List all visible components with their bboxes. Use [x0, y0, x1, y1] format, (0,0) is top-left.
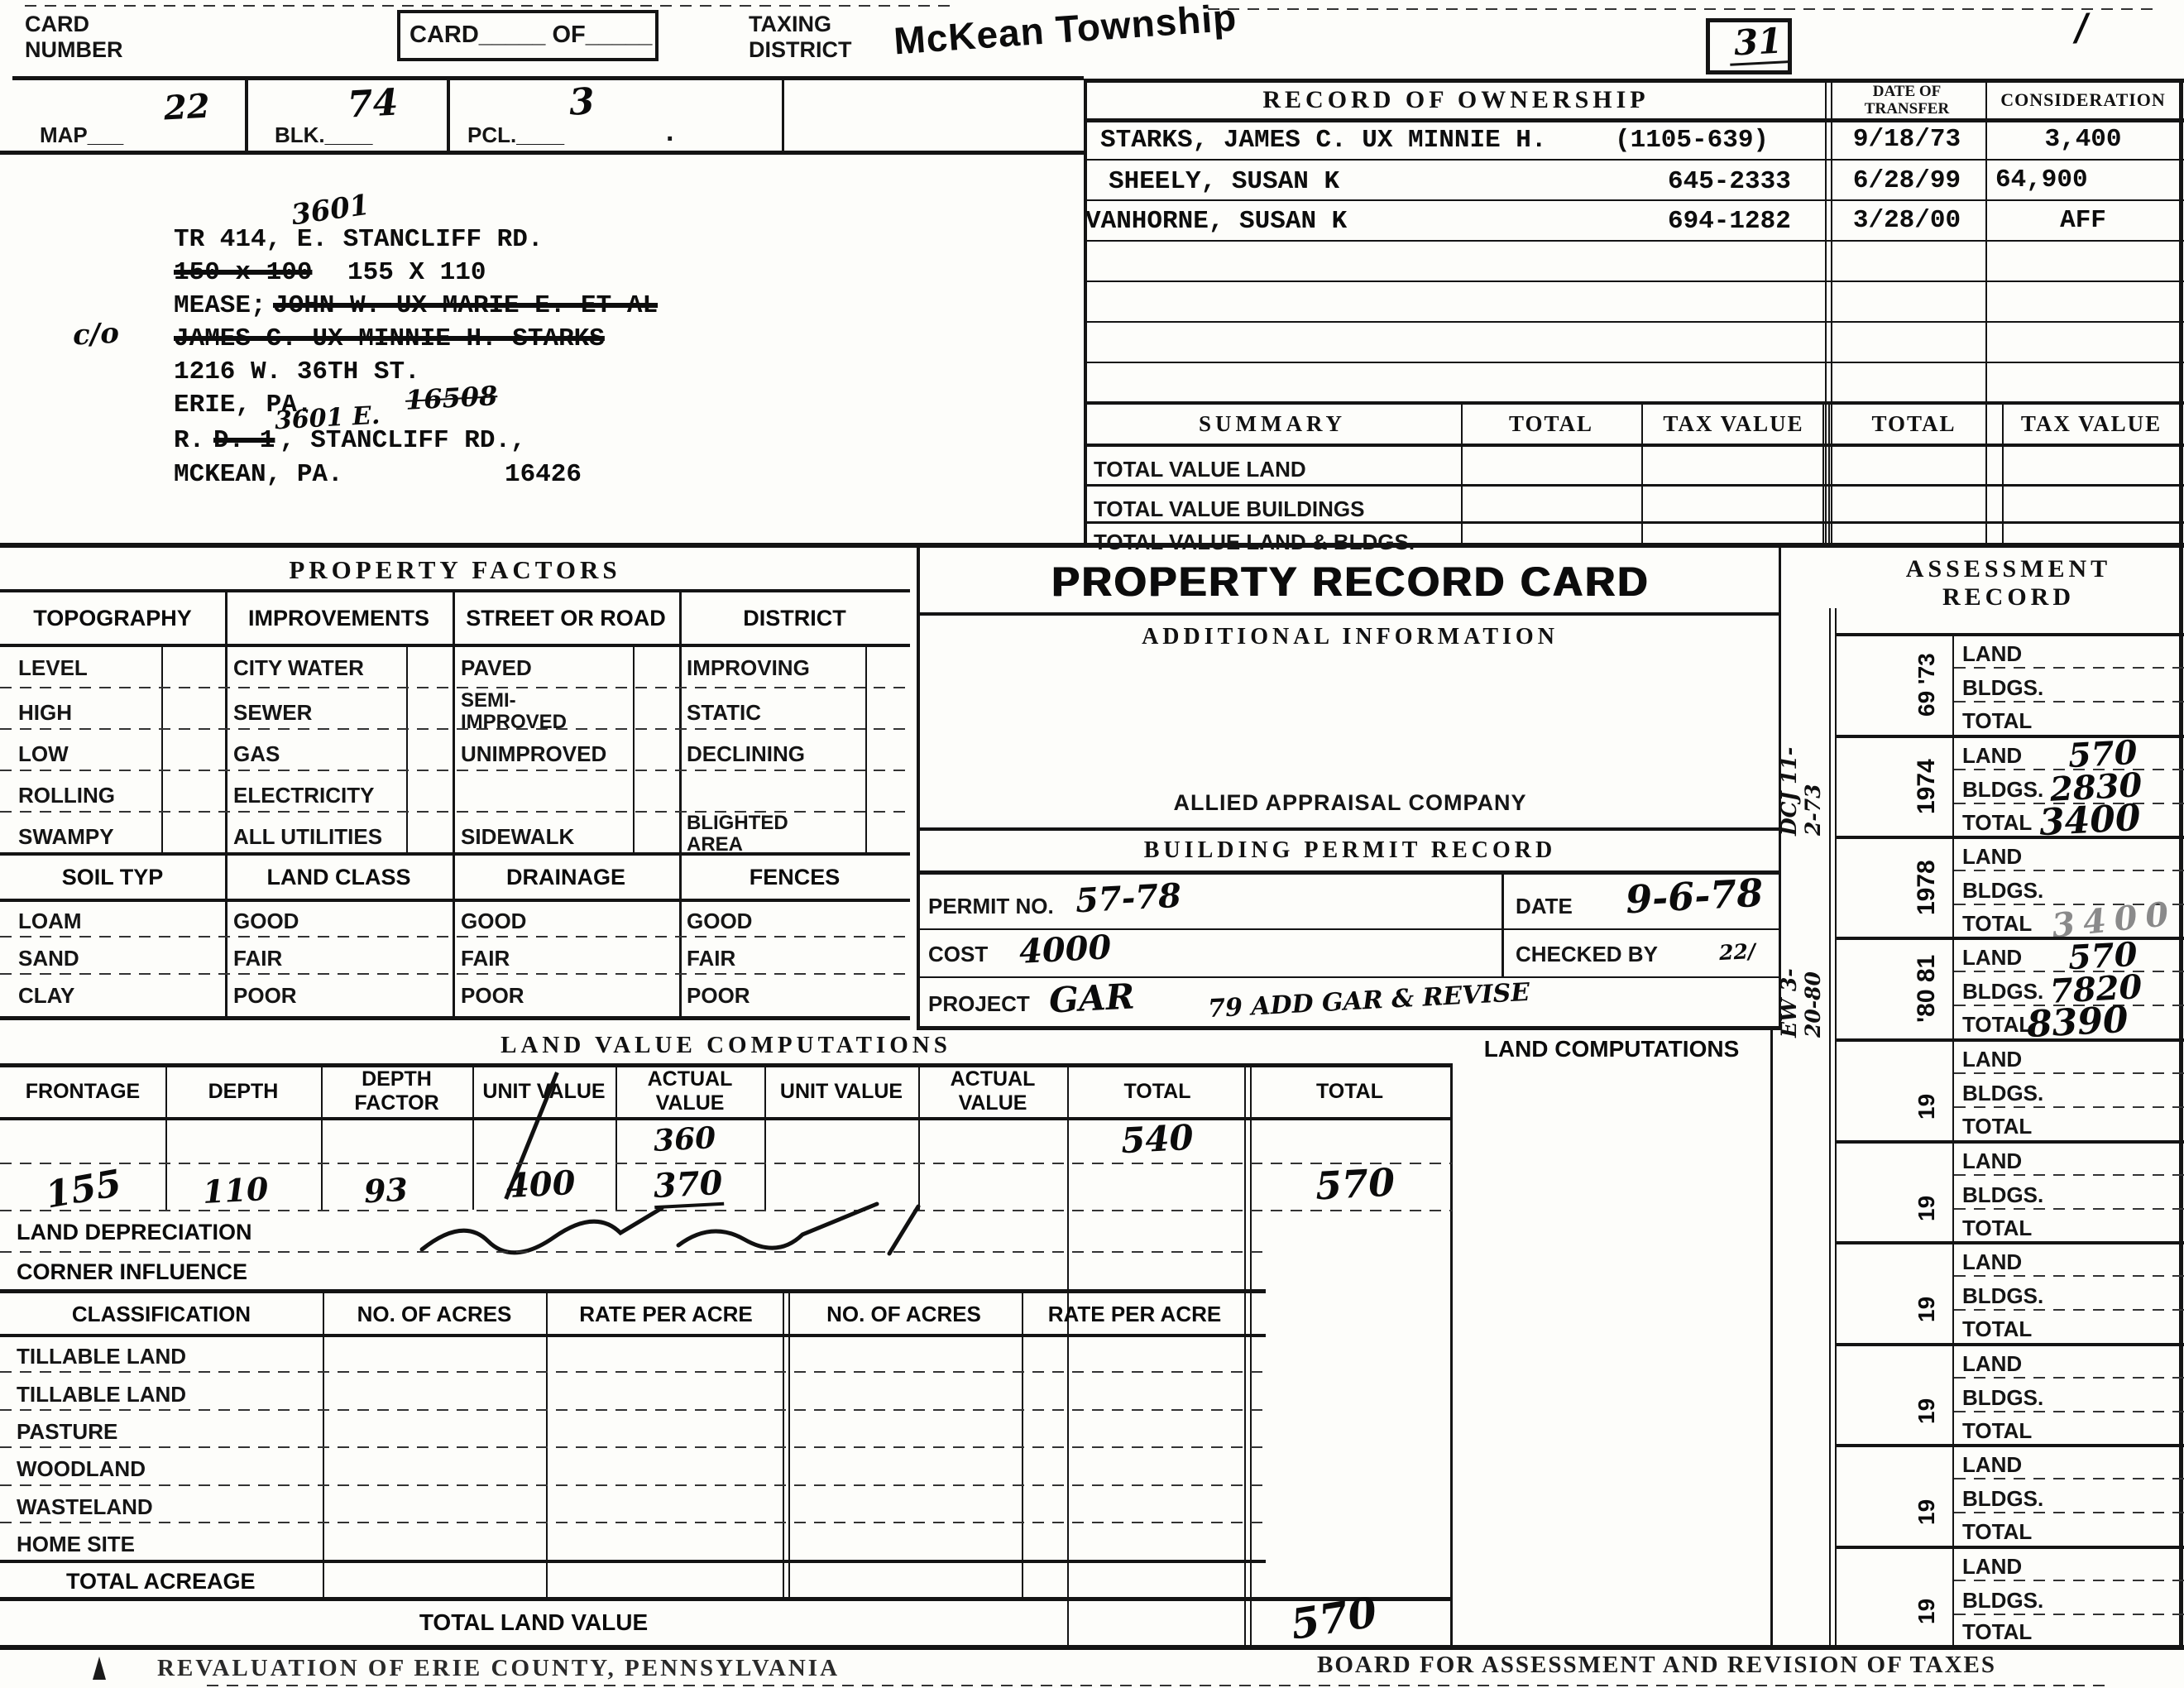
divider [679, 589, 682, 1018]
divider [0, 1016, 910, 1020]
divider [0, 852, 910, 856]
divider [1837, 633, 2184, 636]
divider [0, 151, 1084, 155]
land-computations-header: LAND COMPUTATIONS [1454, 1033, 1769, 1066]
factor-cell: HIGH [18, 700, 72, 726]
assessment-row-label: TOTAL [1962, 911, 2032, 937]
assessment-row-label: TOTAL [1962, 1316, 2032, 1342]
lvc-row1-total: 540 [1120, 1117, 1195, 1162]
divider [917, 976, 1781, 978]
divider [1084, 159, 2184, 161]
divider [918, 1063, 920, 1210]
section-divider [0, 543, 2184, 548]
map-value: 22 [163, 87, 211, 128]
soil-col-header: DRAINAGE [453, 857, 679, 897]
assessment-row-label: TOTAL [1962, 1619, 2032, 1645]
assessment-row-label: BLDGS. [1962, 1283, 2043, 1309]
summary-row-label: TOTAL VALUE BUILDINGS [1094, 496, 1364, 522]
divider [1084, 444, 2184, 447]
permit-cost-value: 4000 [1018, 928, 1113, 971]
divider [1837, 1444, 2184, 1447]
scan-artifact-line [207, 1685, 2110, 1686]
ownership-col-date: DATE OF TRANSFER [1830, 83, 1984, 117]
assessment-year: 19 [1903, 1380, 1951, 1441]
care-of-annotation: c/o [72, 317, 120, 352]
assessment-year: 1978 [1903, 840, 1951, 936]
factor-cell: ALL UTILITIES [233, 824, 382, 850]
divider [225, 589, 227, 1018]
rd-struck: D. 1 [213, 426, 275, 455]
scan-artifact-line [25, 5, 951, 7]
total-land-value-label: TOTAL LAND VALUE [0, 1604, 1067, 1642]
owner-row-bookpage: 694-1282 [1668, 207, 1791, 236]
divider [0, 1289, 1266, 1293]
assessment-row-label: BLDGS. [1962, 979, 2043, 1005]
summary-header: TAX VALUE [2002, 407, 2181, 440]
factor-cell: DECLINING [687, 741, 805, 767]
factors-col-header: DISTRICT [679, 594, 910, 642]
assessment-row-label: BLDGS. [1962, 1081, 2043, 1106]
rd-prefix: R. [174, 426, 204, 455]
soil-col-header: LAND CLASS [225, 857, 453, 897]
soil-cell: CLAY [18, 983, 74, 1009]
lvc-header: DEPTH [165, 1069, 321, 1114]
assessment-note: DCJ 11-2-73 [1777, 738, 1825, 836]
classification-row-label: TILLABLE LAND [17, 1344, 186, 1369]
classification-header: NO. OF ACRES [786, 1296, 1022, 1332]
divider [0, 644, 910, 647]
divider [1084, 401, 2184, 405]
summary-header: SUMMARY [1084, 407, 1461, 440]
divider [1837, 1343, 2184, 1346]
land-value-computations-title: LAND VALUE COMPUTATIONS [0, 1029, 1452, 1062]
soil-cell: FAIR [233, 946, 282, 971]
divider [1954, 701, 2184, 703]
divider [1954, 1275, 2184, 1277]
building-permit-title: BUILDING PERMIT RECORD [920, 834, 1780, 867]
divider [764, 1063, 766, 1210]
soil-col-header: SOIL TYP [0, 857, 225, 897]
district-number-value: 31 [1728, 20, 1789, 66]
pcl-dot: . [666, 116, 673, 148]
lvc-row1-actual-value: 360 [653, 1120, 716, 1158]
stray-pen-mark: / [2074, 7, 2090, 50]
factor-cell: ROLLING [18, 783, 115, 808]
soil-cell: POOR [461, 983, 524, 1009]
divider [1954, 1377, 2184, 1379]
divider [472, 1063, 474, 1210]
factor-cell: SEMI- IMPROVED [461, 690, 567, 733]
assessment-row-label: BLDGS. [1962, 1588, 2043, 1614]
owner-row-date: 6/28/99 [1830, 165, 1984, 195]
divider [917, 928, 1781, 930]
project-value: GAR [1048, 976, 1136, 1020]
divider [1084, 362, 2184, 363]
rd-suffix: , STANCLIFF RD., [280, 426, 526, 455]
divider [0, 1409, 1266, 1411]
card-of-label: CARD_____ OF_____ [409, 22, 652, 49]
owner-name: MEASE; [174, 291, 266, 320]
appraisal-company-label: ALLIED APPRAISAL COMPANY [920, 788, 1780, 818]
factor-cell: GAS [233, 741, 280, 767]
checked-by-note: 22/ [1718, 939, 1755, 965]
blk-label: BLK.____ [275, 122, 373, 148]
divider [1837, 1038, 2184, 1042]
soil-cell: GOOD [461, 909, 526, 934]
divider [1954, 1512, 2184, 1513]
footer-right-text: BOARD FOR ASSESSMENT AND REVISION OF TAX… [1317, 1652, 1996, 1679]
divider [0, 1597, 1452, 1601]
divider [0, 973, 910, 975]
additional-information-label: ADDITIONAL INFORMATION [920, 621, 1780, 654]
soil-cell: FAIR [687, 946, 735, 971]
divider [321, 1063, 323, 1210]
divider [1084, 199, 2184, 201]
factor-cell: IMPROVING [687, 655, 810, 681]
factor-cell: CITY WATER [233, 655, 364, 681]
soil-cell: GOOD [233, 909, 299, 934]
lvc-row2-total: 570 [1315, 1160, 1396, 1209]
lvc-header: TOTAL [1248, 1069, 1452, 1114]
divider [917, 612, 1781, 616]
divider [245, 76, 248, 155]
divider [1954, 1106, 2184, 1108]
divider [917, 870, 1781, 875]
assessment-row-label: LAND [1962, 641, 2022, 667]
assessment-row-label: LAND [1962, 1149, 2022, 1174]
blk-value: 74 [347, 81, 400, 126]
divider [1954, 1208, 2184, 1210]
ownership-title: RECORD OF OWNERSHIP [1092, 83, 1820, 117]
taxing-district-label: TAXING DISTRICT [749, 12, 852, 63]
divider [0, 1163, 1452, 1164]
assessment-year: 19 [1903, 1076, 1951, 1137]
classification-header: RATE PER ACRE [546, 1296, 786, 1332]
divider [0, 728, 910, 730]
sheet-bottom-border [0, 1645, 2184, 1650]
soil-cell: FAIR [461, 946, 510, 971]
divider [453, 589, 455, 1018]
summary-row-label: TOTAL VALUE LAND [1094, 457, 1306, 482]
classification-row-label: PASTURE [17, 1419, 117, 1445]
divider [0, 770, 910, 771]
soil-cell: GOOD [687, 909, 752, 934]
divider [0, 1484, 1266, 1486]
divider [865, 647, 867, 852]
divider [1954, 667, 2184, 669]
divider [0, 936, 910, 938]
divider [1770, 1030, 1773, 1647]
factor-cell: BLIGHTED AREA [687, 813, 788, 856]
classification-header: CLASSIFICATION [0, 1296, 323, 1332]
assessment-row-label: BLDGS. [1962, 1486, 2043, 1512]
divider [1084, 240, 2184, 242]
factor-cell: STATIC [687, 700, 761, 726]
classification-row-label: WOODLAND [17, 1456, 146, 1482]
divider [782, 76, 784, 155]
factor-cell: SIDEWALK [461, 824, 574, 850]
divider [1501, 870, 1504, 976]
assessment-row-label: LAND [1962, 1047, 2022, 1072]
divider [406, 647, 408, 852]
divider [1954, 870, 2184, 871]
permit-date-value: 9-6-78 [1625, 870, 1765, 923]
assessment-year: 19 [1903, 1481, 1951, 1542]
divider [1022, 1289, 1023, 1597]
owner-row-consideration: 64,900 [1995, 165, 2088, 194]
lvc-row2-depth-factor: 93 [363, 1171, 409, 1211]
property-record-card-sheet: CARD NUMBER CARD_____ OF_____ TAXING DIS… [0, 0, 2184, 1688]
divider [783, 1289, 784, 1597]
lvc-header: TOTAL [1067, 1069, 1248, 1114]
divider [1084, 118, 2184, 122]
summary-header: TOTAL [1826, 407, 2002, 440]
assessment-year: 1974 [1903, 739, 1951, 835]
taxing-district-stamp: McKean Township [893, 0, 1238, 63]
divider [161, 647, 163, 852]
divider [1954, 1580, 2184, 1581]
scan-smudge-mark [93, 1657, 106, 1680]
divider [0, 1446, 1266, 1448]
divider [615, 1063, 617, 1210]
assessment-row-label: LAND [1962, 1452, 2022, 1478]
soil-cell: LOAM [18, 909, 82, 934]
card-number-label: CARD NUMBER [25, 12, 123, 63]
ownership-col-consideration: CONSIDERATION [1987, 83, 2179, 117]
assessment-row-label: TOTAL [1962, 1114, 2032, 1139]
lvc-header: DEPTH FACTOR [321, 1069, 472, 1114]
assessment-row-label: LAND [1962, 1554, 2022, 1580]
assessment-row-label: TOTAL [1962, 810, 2032, 836]
classification-row-label: TILLABLE LAND [17, 1382, 186, 1407]
zip-annotation: 16508 [405, 380, 498, 416]
classification-header: NO. OF ACRES [323, 1296, 546, 1332]
owner-struck: JOHN W. UX MARIE E. ET AL [273, 291, 658, 320]
assessment-note: EW 3-20-80 [1777, 940, 1825, 1038]
checked-by-label: CHECKED BY [1516, 942, 1658, 967]
soil-col-header: FENCES [679, 857, 910, 897]
divider [165, 1063, 167, 1210]
property-factors-title: PROPERTY FACTORS [0, 553, 910, 587]
owner-row-date: 3/28/00 [1830, 205, 1984, 235]
divider [1084, 321, 2184, 323]
scan-artifact-line [1208, 8, 2159, 10]
divider [0, 899, 910, 902]
mailing-street: 1216 W. 36TH ST. [174, 357, 420, 386]
divider [447, 76, 450, 155]
divider [323, 1289, 324, 1597]
classification-header: RATE PER ACRE [1022, 1296, 1248, 1332]
divider [1837, 1546, 2184, 1549]
land-depreciation-label: LAND DEPRECIATION [17, 1220, 252, 1245]
divider [12, 76, 1084, 80]
assessment-row-label: BLDGS. [1962, 878, 2043, 904]
owner-row-consideration: 3,400 [1987, 124, 2179, 154]
divider [917, 827, 1781, 831]
soil-cell: POOR [233, 983, 297, 1009]
map-label: MAP___ [40, 122, 123, 148]
assessment-row-label: TOTAL [1962, 708, 2032, 734]
divider [1084, 521, 2184, 524]
divider [788, 1289, 790, 1597]
divider [1954, 1614, 2184, 1615]
divider [1837, 1241, 2184, 1244]
assessment-row-label: TOTAL [1962, 1418, 2032, 1444]
classification-row-label: HOME SITE [17, 1532, 135, 1557]
assessment-row-label: LAND [1962, 945, 2022, 971]
soil-cell: POOR [687, 983, 750, 1009]
assessment-row-label: TOTAL [1962, 1012, 2032, 1038]
factor-cell: UNIMPROVED [461, 741, 606, 767]
property-location-line: TR 414, E. STANCLIFF RD. [174, 225, 543, 254]
summary-header: TAX VALUE [1641, 407, 1826, 440]
factor-cell: SWAMPY [18, 824, 114, 850]
pcl-label: PCL.____ [467, 122, 564, 148]
owner-row-consideration: AFF [1987, 205, 2179, 235]
factor-cell: LEVEL [18, 655, 88, 681]
assessment-row-label: TOTAL [1962, 1519, 2032, 1545]
factor-cell: SEWER [233, 700, 312, 726]
divider [1084, 281, 2184, 282]
summary-header: TOTAL [1461, 407, 1641, 440]
zip-2: 16426 [505, 460, 582, 489]
divider [0, 1560, 1266, 1563]
assessment-row-label: BLDGS. [1962, 1182, 2043, 1208]
assessment-row-label: BLDGS. [1962, 675, 2043, 701]
divider [0, 1251, 1266, 1253]
divider [1954, 1072, 2184, 1074]
divider [0, 589, 910, 592]
factor-cell: LOW [18, 741, 69, 767]
divider [1829, 608, 1831, 1647]
factors-col-header: STREET OR ROAD [453, 594, 679, 642]
assessment-year: 69 '73 [1903, 637, 1951, 733]
factor-cell: ELECTRICITY [233, 783, 374, 808]
permit-no-label: PERMIT NO. [928, 894, 1054, 919]
divider [0, 1371, 1266, 1373]
classification-row-label: WASTELAND [17, 1494, 153, 1520]
lvc-row2-frontage: 155 [42, 1162, 124, 1216]
divider [1084, 79, 1087, 544]
assessment-row-label: BLDGS. [1962, 1385, 2043, 1411]
owner-row-bookpage: 645-2333 [1668, 167, 1791, 196]
lvc-header: ACTUAL VALUE [615, 1069, 764, 1114]
owner-row-date: 9/18/73 [1830, 124, 1984, 154]
project-note: 79 ADD GAR & REVISE [1207, 978, 1530, 1024]
assessment-row-label: LAND [1962, 844, 2022, 870]
soil-cell: SAND [18, 946, 79, 971]
divider [546, 1289, 548, 1597]
owner-row-bookpage: (1105-639) [1615, 126, 1769, 155]
permit-no-value: 57-78 [1075, 876, 1182, 921]
divider [1837, 1140, 2184, 1144]
permit-date-label: DATE [1516, 894, 1573, 919]
divider [1954, 1411, 2184, 1412]
lvc-header: ACTUAL VALUE [918, 1069, 1067, 1114]
divider [1450, 1063, 1453, 1647]
factor-cell: PAVED [461, 655, 532, 681]
divider [1084, 484, 2184, 487]
old-dimensions-struck: 150 x 100 [174, 258, 312, 287]
pcl-value: 3 [568, 80, 596, 124]
assessment-row-label: TOTAL [1962, 1216, 2032, 1241]
divider [1954, 1478, 2184, 1479]
lvc-header: FRONTAGE [0, 1069, 165, 1114]
footer-left-text: REVALUATION OF ERIE COUNTY, PENNSYLVANIA [157, 1655, 840, 1682]
assessment-year: 19 [1903, 1177, 1951, 1239]
corner-influence-label: CORNER INFLUENCE [17, 1259, 247, 1285]
assessment-year: 19 [1903, 1278, 1951, 1340]
lvc-row2-depth: 110 [202, 1170, 270, 1211]
owner-row-name: STARKS, JAMES C. UX MINNIE H. [1100, 126, 1547, 155]
pen-scribble-mark [414, 1200, 943, 1258]
divider [633, 647, 635, 852]
divider [1825, 79, 1827, 544]
assessment-year: 19 [1903, 1580, 1951, 1642]
divider [0, 1522, 1266, 1523]
lvc-header: UNIT VALUE [764, 1069, 918, 1114]
divider [1837, 836, 2184, 839]
new-dimensions: 155 X 110 [347, 258, 486, 287]
assessment-row-label: LAND [1962, 1249, 2022, 1275]
divider [1954, 1174, 2184, 1176]
assessment-row-label: LAND [1962, 743, 2022, 769]
assessment-row-label: BLDGS. [1962, 777, 2043, 803]
assessment-record-title: ASSESSMENT RECORD [1837, 566, 2181, 601]
owner-row-name: VANHORNE, SUSAN K [1085, 207, 1347, 236]
factors-col-header: IMPROVEMENTS [225, 594, 453, 642]
divider [0, 1117, 1452, 1120]
divider [0, 1334, 1266, 1337]
property-record-card-title: PROPERTY RECORD CARD [920, 556, 1780, 607]
careof-owner-struck: JAMES C. UX MINNIE H. STARKS [174, 324, 605, 353]
divider [0, 687, 910, 688]
owner-row-name: SHEELY, SUSAN K [1109, 167, 1339, 196]
divider [1954, 1309, 2184, 1311]
total-acreage-label: TOTAL ACREAGE [66, 1569, 256, 1594]
mailing-city-2: MCKEAN, PA. [174, 460, 343, 489]
assessment-row-label: LAND [1962, 1351, 2022, 1377]
factors-col-header: TOPOGRAPHY [0, 594, 225, 642]
project-label: PROJECT [928, 991, 1030, 1017]
permit-cost-label: COST [928, 942, 988, 967]
divider [1835, 608, 1837, 1647]
assessment-year: '80 81 [1903, 941, 1951, 1037]
